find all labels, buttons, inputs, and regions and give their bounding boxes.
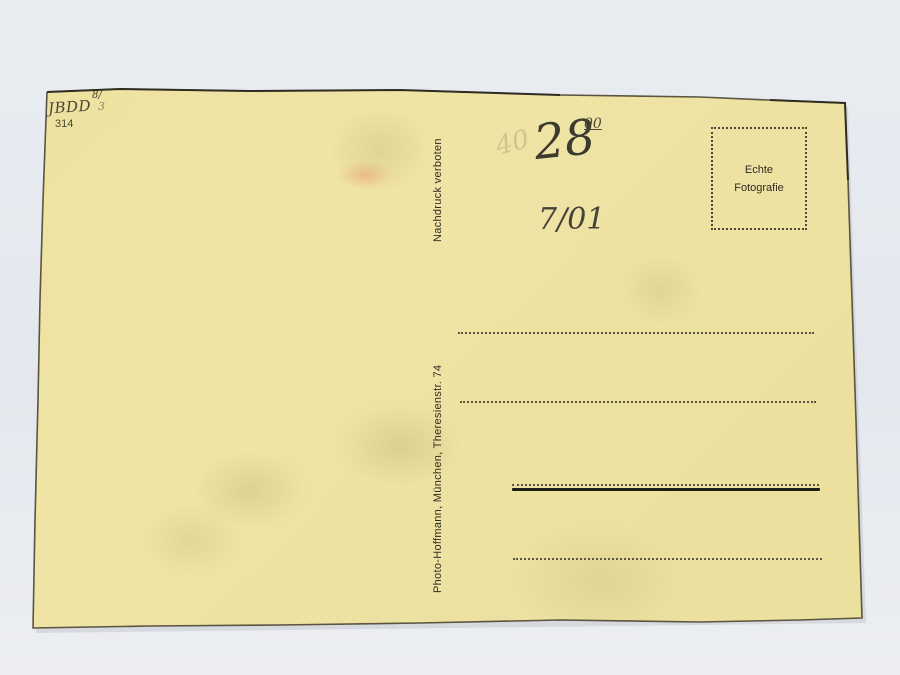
stamp-box-line1: Echte — [745, 164, 773, 176]
stamp-box-line2: Fotografie — [734, 182, 784, 194]
address-line-2 — [460, 401, 816, 403]
address-line-1 — [458, 332, 814, 334]
reproduction-notice: Nachdruck verboten — [432, 138, 444, 242]
postcard-back — [0, 0, 900, 675]
inventory-number: 314 — [55, 118, 73, 130]
catalog-code-fraction: 3 — [98, 100, 105, 113]
address-line-4 — [513, 558, 822, 560]
price-cents: 00 — [584, 116, 602, 132]
address-line-3-underline — [512, 488, 820, 491]
address-line-3 — [512, 484, 819, 486]
catalog-code-handwritten: JBDD — [47, 97, 91, 118]
stamp-box: Echte Fotografie — [711, 127, 807, 230]
date-note-handwritten: 7/01 — [538, 205, 605, 235]
publisher-imprint: Photo-Hoffmann, München, Theresienstr. 7… — [432, 365, 444, 593]
